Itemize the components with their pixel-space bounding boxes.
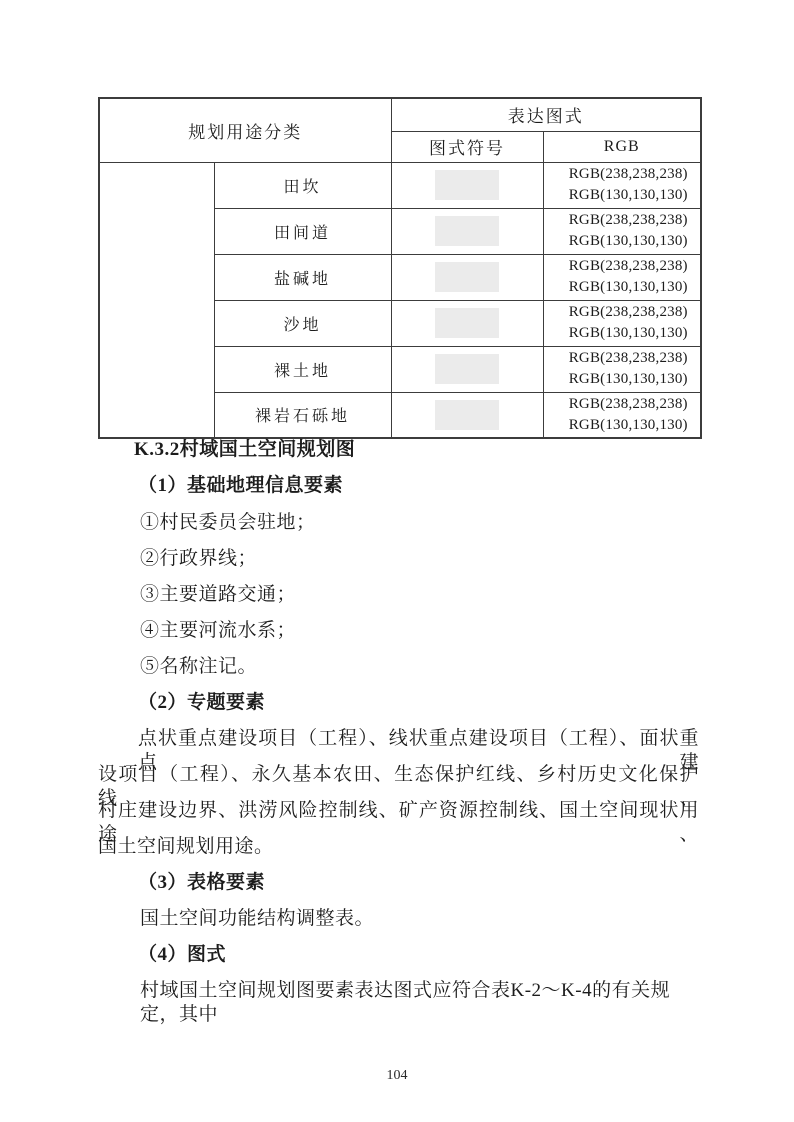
table-header-row-1: 规划用途分类 表达图式 xyxy=(99,98,701,131)
symbol-cell xyxy=(391,254,543,300)
rgb-outline-value: RGB(130,130,130) xyxy=(557,369,701,390)
document-page: 规划用途分类 表达图式 图式符号 RGB 田坎 RGB(238,238,238)… xyxy=(0,0,794,1122)
land-type-name: 田坎 xyxy=(214,162,391,208)
paragraph-line: 国土空间规划用途。 xyxy=(98,835,699,859)
symbol-cell xyxy=(391,208,543,254)
symbol-swatch xyxy=(435,400,499,430)
rgb-values-cell: RGB(238,238,238) RGB(130,130,130) xyxy=(543,254,701,300)
rgb-outline-value: RGB(130,130,130) xyxy=(557,415,701,436)
page-number: 104 xyxy=(0,1068,794,1084)
header-schema-symbol: 图式符号 xyxy=(391,131,543,162)
subsection-1-title: （1）基础地理信息要素 xyxy=(98,474,699,498)
land-type-name: 裸岩石砾地 xyxy=(214,392,391,438)
subsection-4-title: （4）图式 xyxy=(98,943,699,967)
rgb-values-cell: RGB(238,238,238) RGB(130,130,130) xyxy=(543,392,701,438)
land-type-name: 沙地 xyxy=(214,300,391,346)
symbol-cell xyxy=(391,162,543,208)
rgb-outline-value: RGB(130,130,130) xyxy=(557,185,701,206)
list-item: ②行政界线； xyxy=(98,547,699,571)
land-type-name: 田间道 xyxy=(214,208,391,254)
rgb-fill-value: RGB(238,238,238) xyxy=(557,394,701,415)
rgb-values-cell: RGB(238,238,238) RGB(130,130,130) xyxy=(543,162,701,208)
section-heading: K.3.2村域国土空间规划图 xyxy=(98,438,699,462)
list-item: ①村民委员会驻地； xyxy=(98,511,699,535)
symbol-swatch xyxy=(435,170,499,200)
paragraph-3: 国土空间功能结构调整表。 xyxy=(98,907,699,931)
rgb-outline-value: RGB(130,130,130) xyxy=(557,277,701,298)
rgb-outline-value: RGB(130,130,130) xyxy=(557,231,701,252)
symbol-swatch xyxy=(435,308,499,338)
symbol-cell xyxy=(391,346,543,392)
paragraph-4: 村域国土空间规划图要素表达图式应符合表K-2～K-4的有关规定，其中 xyxy=(98,979,699,1027)
land-type-name: 裸土地 xyxy=(214,346,391,392)
symbol-swatch xyxy=(435,262,499,292)
rgb-values-cell: RGB(238,238,238) RGB(130,130,130) xyxy=(543,300,701,346)
rgb-values-cell: RGB(238,238,238) RGB(130,130,130) xyxy=(543,208,701,254)
rgb-fill-value: RGB(238,238,238) xyxy=(557,302,701,323)
list-item: ③主要道路交通； xyxy=(98,583,699,607)
rgb-fill-value: RGB(238,238,238) xyxy=(557,210,701,231)
rgb-fill-value: RGB(238,238,238) xyxy=(557,348,701,369)
rgb-fill-value: RGB(238,238,238) xyxy=(557,256,701,277)
list-item: ⑤名称注记。 xyxy=(98,655,699,679)
table-row: 田坎 RGB(238,238,238) RGB(130,130,130) xyxy=(99,162,701,208)
symbol-swatch xyxy=(435,354,499,384)
rgb-values-cell: RGB(238,238,238) RGB(130,130,130) xyxy=(543,346,701,392)
list-item: ④主要河流水系； xyxy=(98,619,699,643)
schema-table: 规划用途分类 表达图式 图式符号 RGB 田坎 RGB(238,238,238)… xyxy=(98,97,702,439)
category-group-cell xyxy=(99,162,214,438)
symbol-swatch xyxy=(435,216,499,246)
land-type-name: 盐碱地 xyxy=(214,254,391,300)
symbol-cell xyxy=(391,300,543,346)
header-planning-use-classification: 规划用途分类 xyxy=(99,98,391,162)
symbol-cell xyxy=(391,392,543,438)
rgb-fill-value: RGB(238,238,238) xyxy=(557,164,701,185)
rgb-outline-value: RGB(130,130,130) xyxy=(557,323,701,344)
header-rgb: RGB xyxy=(543,131,701,162)
subsection-3-title: （3）表格要素 xyxy=(98,871,699,895)
subsection-2-title: （2）专题要素 xyxy=(98,691,699,715)
header-expression-schema: 表达图式 xyxy=(391,98,701,131)
